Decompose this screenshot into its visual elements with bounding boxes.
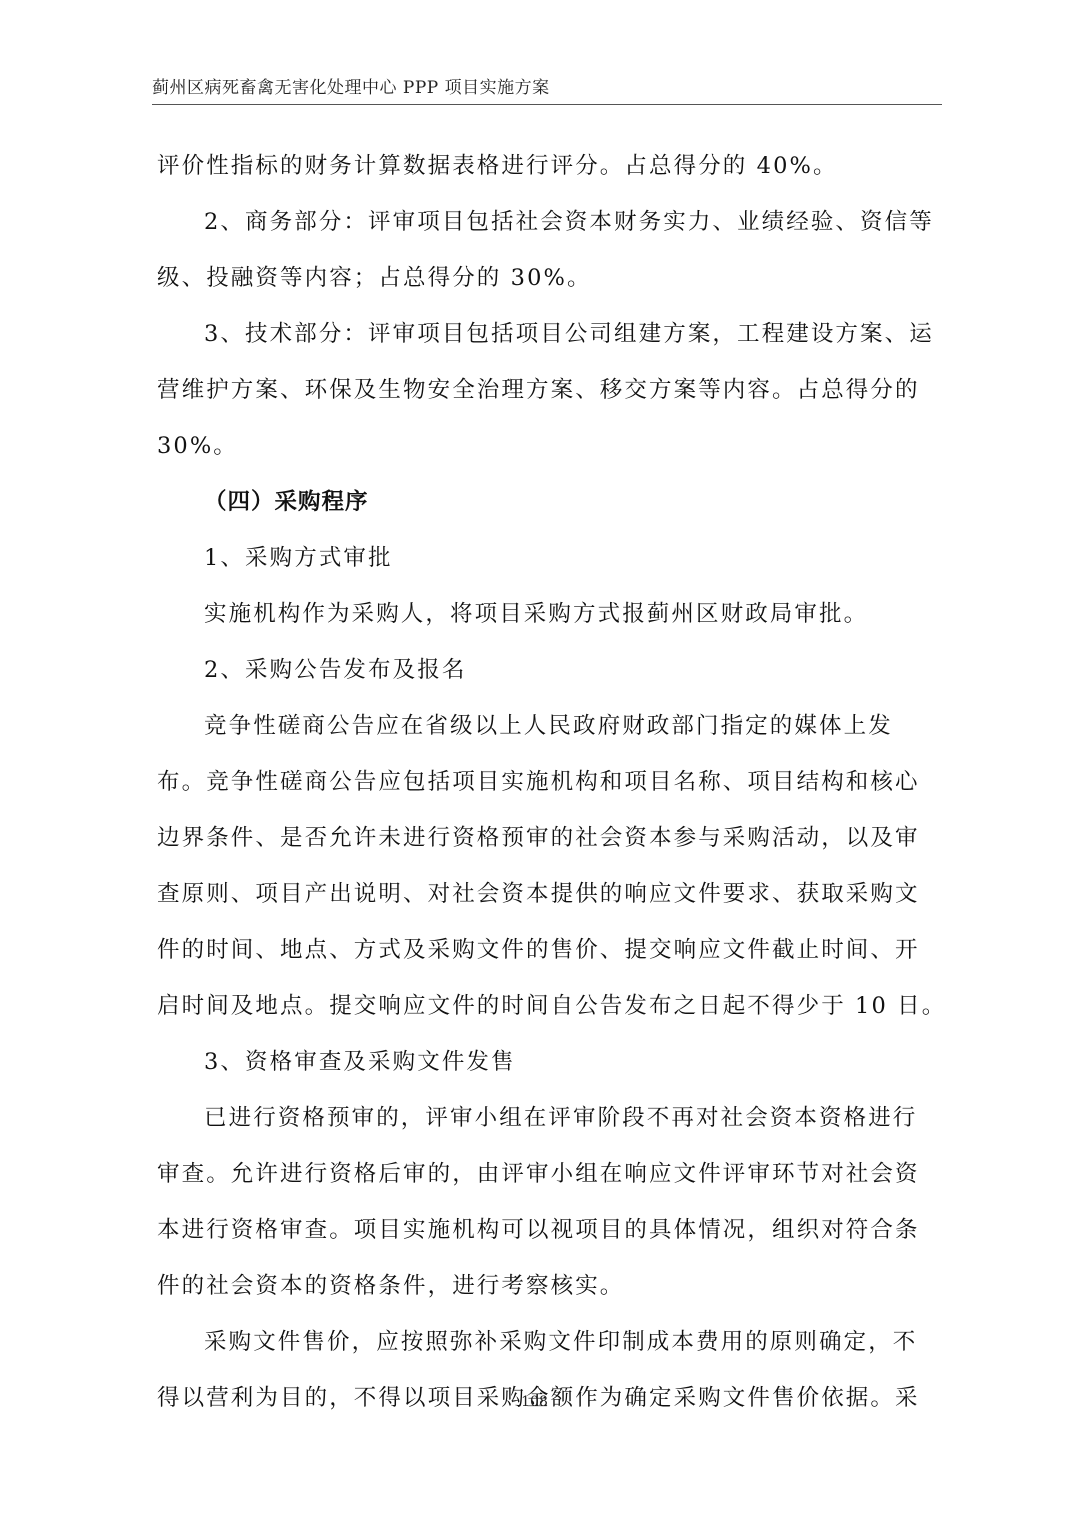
paragraph-line: 审查。允许进行资格后审的，由评审小组在响应文件评审环节对社会资 (157, 1146, 941, 1202)
body-text: 评价性指标的财务计算数据表格进行评分。占总得分的 40%。 2、商务部分：评审项… (157, 138, 941, 1426)
list-item-technical-part: 3、技术部分：评审项目包括项目公司组建方案，工程建设方案、运 (157, 306, 941, 362)
subheading-qualification-review: 3、资格审查及采购文件发售 (157, 1034, 941, 1090)
paragraph-line: 布。竞争性磋商公告应包括项目实施机构和项目名称、项目结构和核心 (157, 754, 941, 810)
paragraph-line: 件的社会资本的资格条件，进行考察核实。 (157, 1258, 941, 1314)
list-item-business-part: 2、商务部分：评审项目包括社会资本财务实力、业绩经验、资信等 (157, 194, 941, 250)
section-heading-procurement-procedure: （四）采购程序 (157, 474, 941, 530)
paragraph-line: 竞争性磋商公告应在省级以上人民政府财政部门指定的媒体上发 (157, 698, 941, 754)
subheading-announcement-registration: 2、采购公告发布及报名 (157, 642, 941, 698)
document-title: 蓟州区病死畜禽无害化处理中心 PPP 项目实施方案 (152, 76, 550, 100)
paragraph-line: 查原则、项目产出说明、对社会资本提供的响应文件要求、获取采购文 (157, 866, 941, 922)
paragraph-line: 已进行资格预审的，评审小组在评审阶段不再对社会资本资格进行 (157, 1090, 941, 1146)
paragraph-line: 营维护方案、环保及生物安全治理方案、移交方案等内容。占总得分的 (157, 362, 941, 418)
paragraph-line: 30%。 (157, 418, 941, 474)
page-number: 108 (0, 1394, 1069, 1410)
subheading-procurement-approval: 1、采购方式审批 (157, 530, 941, 586)
paragraph-line: 采购文件售价，应按照弥补采购文件印制成本费用的原则确定，不 (157, 1314, 941, 1370)
paragraph-line: 级、投融资等内容；占总得分的 30%。 (157, 250, 941, 306)
page-header: 蓟州区病死畜禽无害化处理中心 PPP 项目实施方案 (152, 76, 942, 105)
paragraph-line: 边界条件、是否允许未进行资格预审的社会资本参与采购活动，以及审 (157, 810, 941, 866)
paragraph-line: 启时间及地点。提交响应文件的时间自公告发布之日起不得少于 10 日。 (157, 978, 941, 1034)
paragraph-line: 本进行资格审查。项目实施机构可以视项目的具体情况，组织对符合条 (157, 1202, 941, 1258)
paragraph-line: 件的时间、地点、方式及采购文件的售价、提交响应文件截止时间、开 (157, 922, 941, 978)
paragraph-line: 实施机构作为采购人，将项目采购方式报蓟州区财政局审批。 (157, 586, 941, 642)
paragraph-line: 评价性指标的财务计算数据表格进行评分。占总得分的 40%。 (157, 138, 941, 194)
